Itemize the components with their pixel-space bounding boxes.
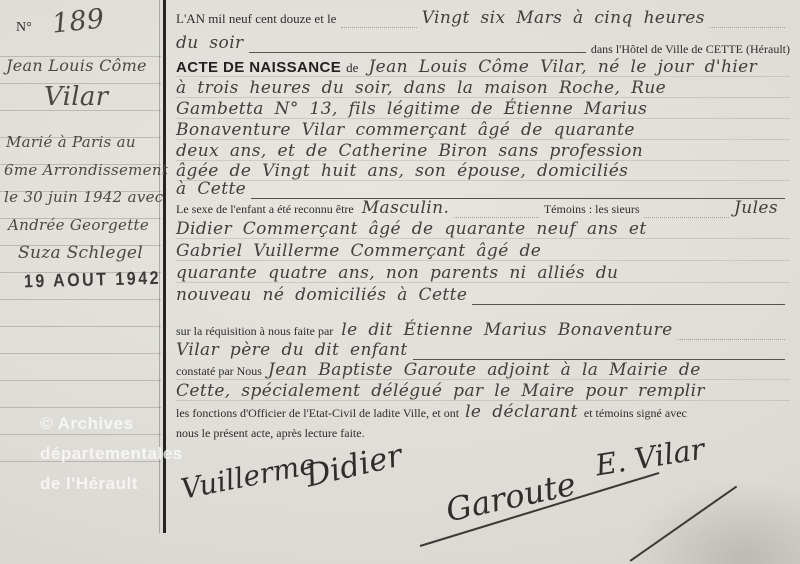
printed-sex-text: Le sexe de l'enfant a été reconnu être xyxy=(176,199,354,219)
handwritten-declarant: le déclarant xyxy=(465,402,578,422)
fill-line xyxy=(341,23,416,28)
act-line-witness3: quarante quatre ans, non parents ni alli… xyxy=(176,263,790,283)
handwritten-witness-text: nouveau né domiciliés à Cette xyxy=(176,285,467,305)
marginal-note-line2: 6me Arrondissement xyxy=(4,161,168,179)
marginal-note-line4: Andrée Georgette xyxy=(8,216,149,234)
handwritten-requisition-text: le dit Étienne Marius Bonaventure xyxy=(341,320,672,340)
signature-vuillerme: Vuillerme xyxy=(178,447,318,505)
handwritten-requisition-text: Vilar père du dit enfant xyxy=(176,340,408,360)
handwritten-birth-text: Gambetta N° 13, fils légitime de Étienne… xyxy=(176,99,647,119)
printed-closing-text: nous le présent acte, après lecture fait… xyxy=(176,423,365,443)
act-line-requisition1: sur la réquisition à nous faite par le d… xyxy=(176,320,790,340)
signature-didier: Didier xyxy=(302,437,405,494)
act-line-domicile: à Cette xyxy=(176,179,790,199)
act-number-label: N° xyxy=(16,20,32,36)
margin-child-name-line2: Vilar xyxy=(44,82,108,112)
printed-town-hall-text: dans l'Hôtel de Ville de CETTE (Hérault) xyxy=(591,39,790,59)
act-line-birth2: Gambetta N° 13, fils légitime de Étienne… xyxy=(176,99,790,119)
signature-flourish xyxy=(630,486,737,562)
fill-line xyxy=(472,300,785,305)
archive-watermark-line1: © Archives xyxy=(40,414,133,434)
handwritten-witness-text: Gabriel Vuillerme Commerçant âgé de xyxy=(176,241,541,261)
handwritten-witness-text: Didier Commerçant âgé de quarante neuf a… xyxy=(176,219,647,239)
signature-garoute: Garoute xyxy=(442,465,579,530)
handwritten-du-soir: du soir xyxy=(176,33,244,53)
handwritten-mother-text: âgée de Vingt huit ans, son épouse, domi… xyxy=(176,161,628,181)
handwritten-officer-name: Jean Baptiste Garoute adjoint à la Mairi… xyxy=(268,360,701,380)
act-line-sex: Le sexe de l'enfant a été reconnu être M… xyxy=(176,198,790,218)
fill-line xyxy=(249,48,586,53)
margin-child-name-line1: Jean Louis Côme xyxy=(6,56,147,75)
handwritten-father-text: Bonaventure Vilar commerçant âgé de quar… xyxy=(176,120,635,140)
handwritten-witness-first: Jules xyxy=(734,198,778,218)
act-line-birth1: à trois heures du soir, dans la maison R… xyxy=(176,78,790,98)
act-line-title: ACTE DE NAISSANCE de Jean Louis Côme Vil… xyxy=(176,57,790,77)
marginal-note-line3: le 30 juin 1942 avec xyxy=(4,188,163,206)
printed-requisition-text: sur la réquisition à nous faite par xyxy=(176,321,333,341)
birth-certificate-document: N° 189 Jean Louis Côme Vilar Marié à Par… xyxy=(0,0,800,564)
act-line-officer2: Cette, spécialement délégué par le Maire… xyxy=(176,381,790,401)
act-line-mother1: deux ans, et de Catherine Biron sans pro… xyxy=(176,141,790,161)
printed-functions-text: les fonctions d'Officier de l'Etat-Civil… xyxy=(176,403,459,423)
act-line-witness1: Didier Commerçant âgé de quarante neuf a… xyxy=(176,219,790,239)
date-stamp: 19 AOUT 1942 xyxy=(24,269,162,293)
act-line-officer1: constaté par Nous Jean Baptiste Garoute … xyxy=(176,360,790,380)
act-line-witness4: nouveau né domiciliés à Cette xyxy=(176,285,790,305)
handwritten-sex: Masculin. xyxy=(362,198,450,218)
act-number: 189 xyxy=(51,3,106,39)
act-line-requisition2: Vilar père du dit enfant xyxy=(176,340,790,360)
printed-constate-text: constaté par Nous xyxy=(176,361,262,381)
act-line-father: Bonaventure Vilar commerçant âgé de quar… xyxy=(176,120,790,140)
act-line-witness2: Gabriel Vuillerme Commerçant âgé de xyxy=(176,241,790,261)
handwritten-witness-text: quarante quatre ans, non parents ni alli… xyxy=(176,263,618,283)
act-line-functions: les fonctions d'Officier de l'Etat-Civil… xyxy=(176,402,790,422)
printed-de: de xyxy=(346,58,358,78)
marginal-note-line1: Marié à Paris au xyxy=(6,133,136,151)
fill-line xyxy=(710,23,785,28)
act-line-mother2: âgée de Vingt huit ans, son épouse, domi… xyxy=(176,161,790,181)
act-title: ACTE DE NAISSANCE xyxy=(176,58,341,78)
printed-signed-text: et témoins signé avec xyxy=(584,403,687,423)
marginal-note-line5: Suza Schlegel xyxy=(18,243,143,263)
archive-watermark-line2: départementales xyxy=(40,444,183,464)
handwritten-domicile-text: à Cette xyxy=(176,179,246,199)
handwritten-date-time: Vingt six Mars à cinq heures xyxy=(422,8,705,28)
act-line-place: du soir dans l'Hôtel de Ville de CETTE (… xyxy=(176,33,790,53)
printed-witnesses-label: Témoins : les sieurs xyxy=(544,199,640,219)
handwritten-mother-text: deux ans, et de Catherine Biron sans pro… xyxy=(176,141,643,161)
act-line-year: L'AN mil neuf cent douze et le Vingt six… xyxy=(176,8,790,28)
handwritten-officer-text: Cette, spécialement délégué par le Maire… xyxy=(176,381,705,401)
handwritten-birth-text: à trois heures du soir, dans la maison R… xyxy=(176,78,666,98)
handwritten-child-name: Jean Louis Côme Vilar, né le jour d'hier xyxy=(368,57,757,77)
printed-year-text: L'AN mil neuf cent douze et le xyxy=(176,9,336,29)
fill-line xyxy=(644,213,729,218)
archive-watermark-line3: de l'Hérault xyxy=(40,474,138,494)
fill-line xyxy=(454,213,539,218)
